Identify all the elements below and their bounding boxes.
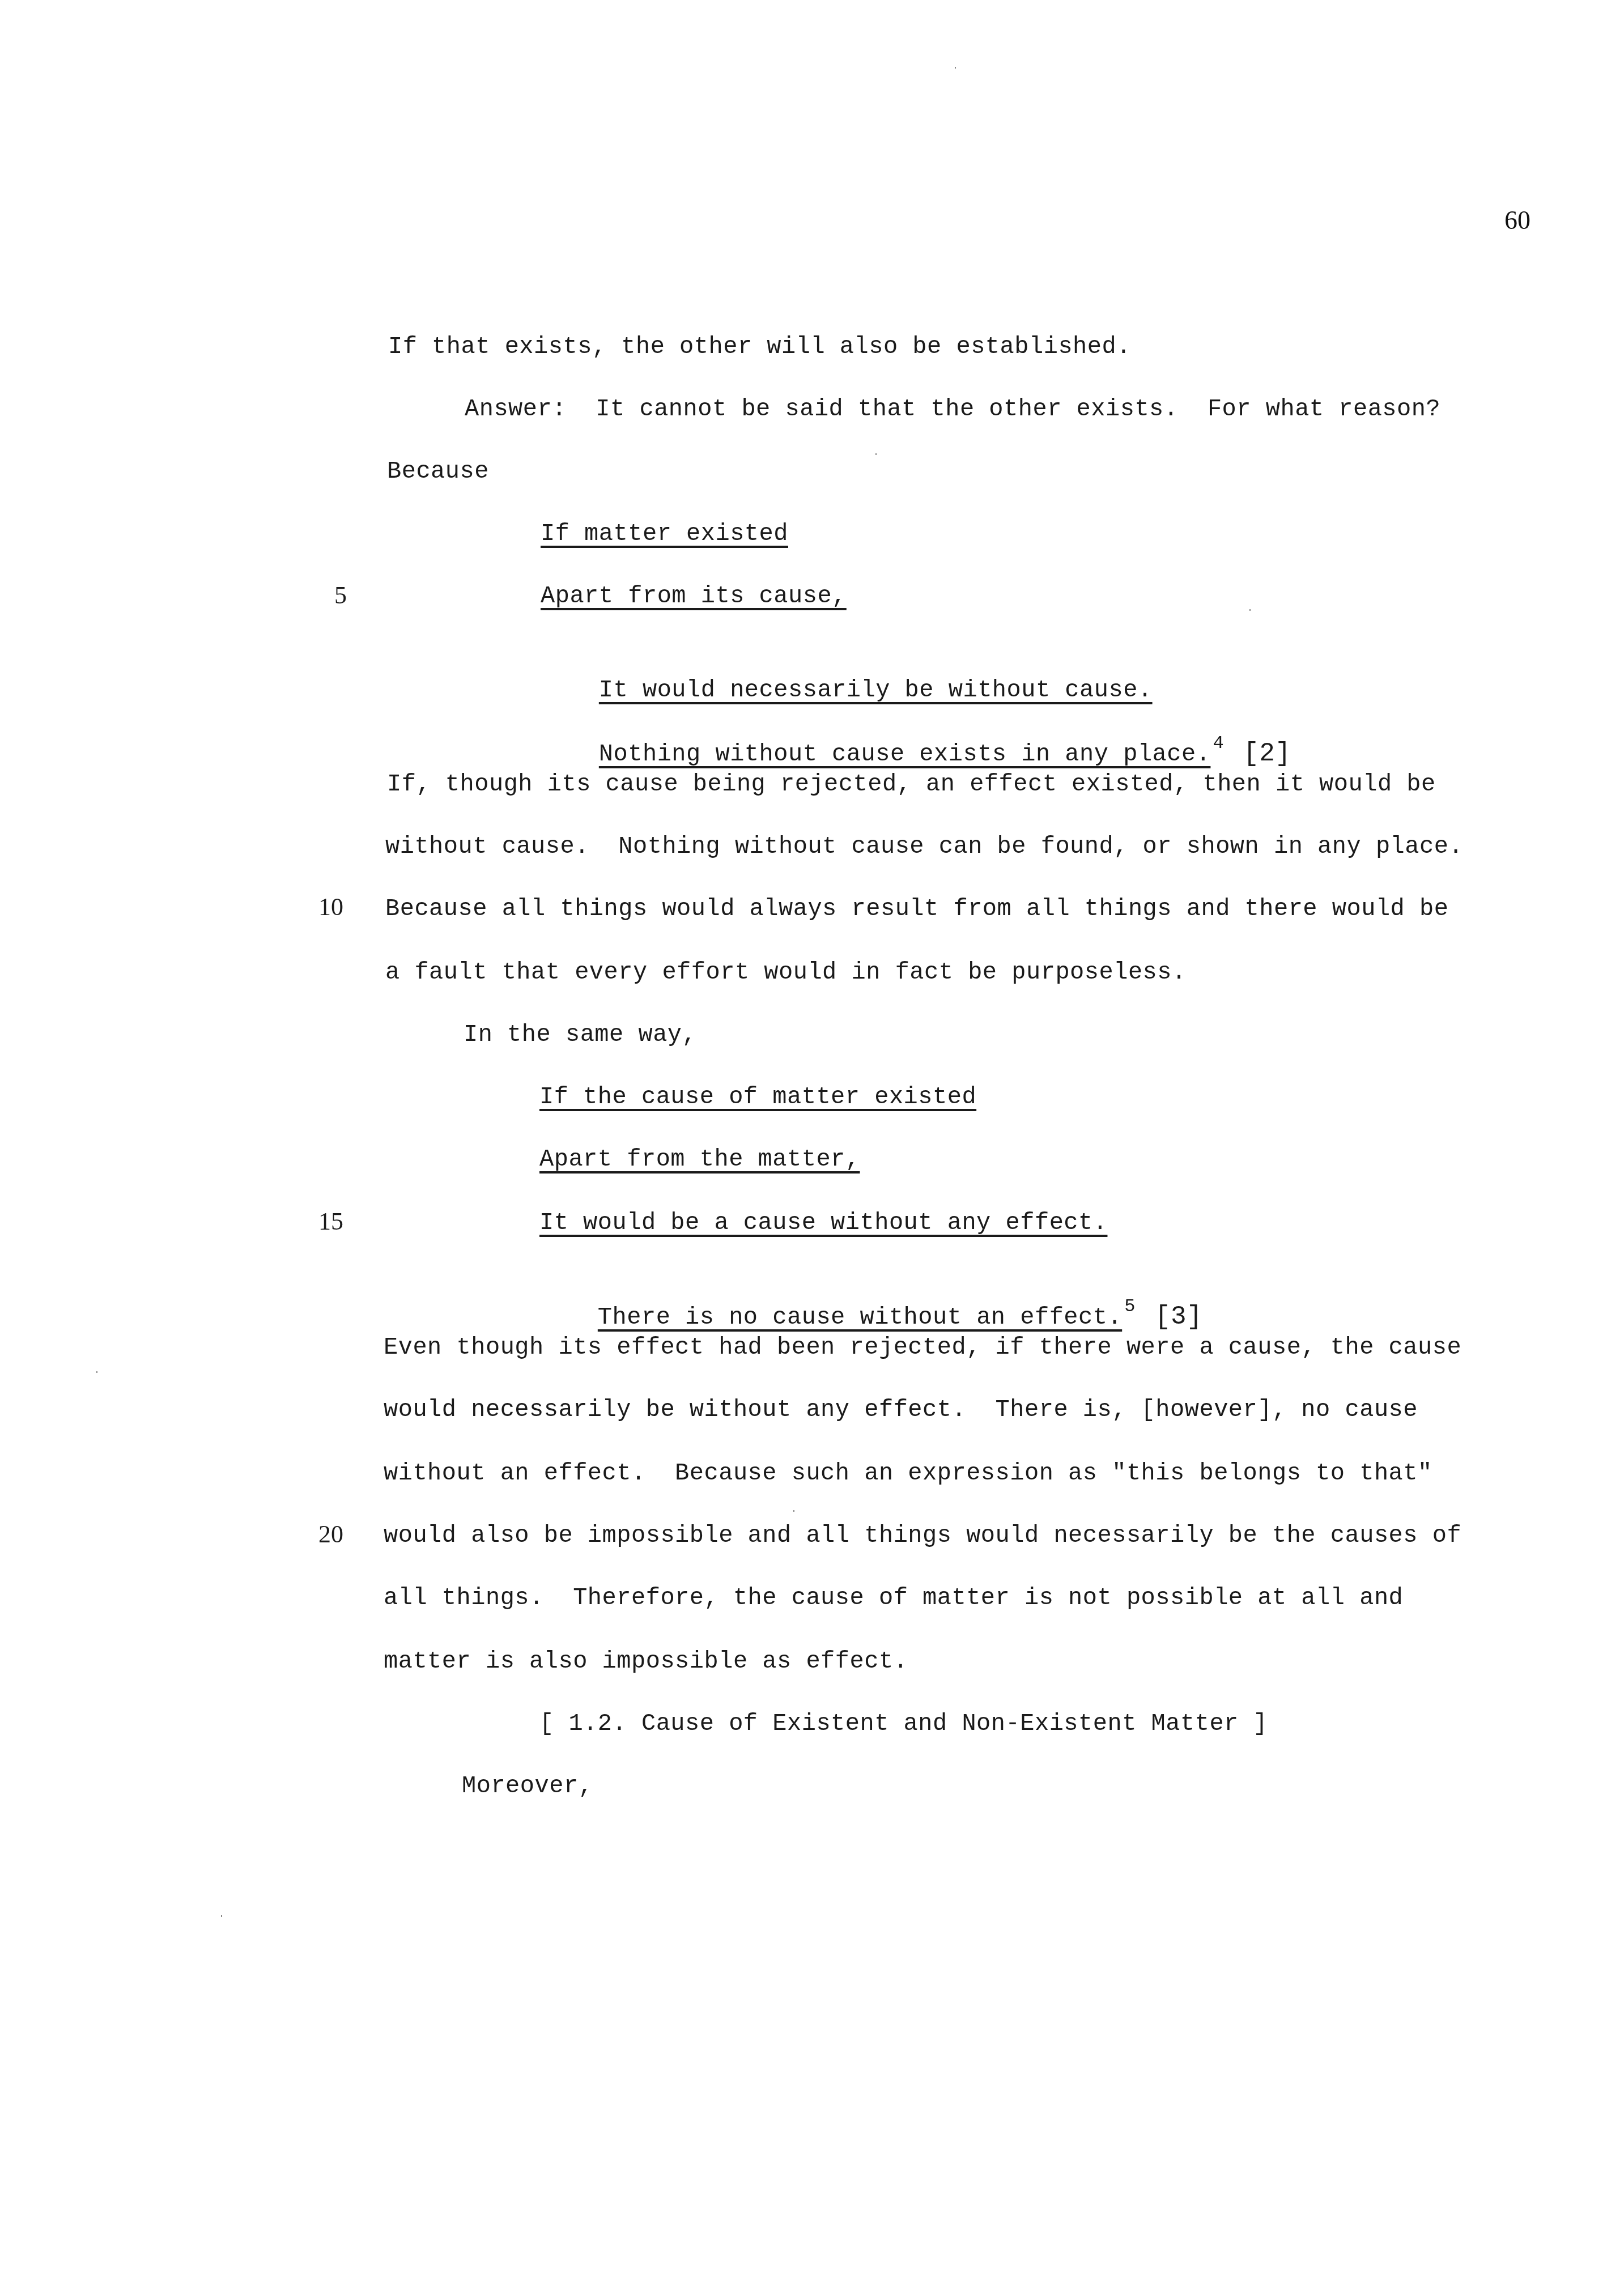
line-number-15: 15 — [318, 1207, 343, 1236]
text-line: all things. Therefore, the cause of matt… — [384, 1582, 1403, 1614]
line-number-20: 20 — [318, 1520, 343, 1549]
verse-line: There is no cause without an effect. — [598, 1304, 1122, 1331]
text-line: a fault that every effort would in fact … — [385, 956, 1187, 988]
verse-line: Apart from its cause, — [541, 580, 847, 612]
text-line: Even though its effect had been rejected… — [384, 1332, 1461, 1363]
scan-speck — [221, 1915, 222, 1917]
text-line: If that exists, the other will also be e… — [388, 331, 1131, 363]
verse-line: It would necessarily be without cause. — [599, 677, 1153, 704]
text-line: without an effect. Because such an expre… — [384, 1457, 1432, 1489]
text-line: would necessarily be without any effect.… — [384, 1394, 1418, 1426]
verse-line: Nothing without cause exists in any plac… — [599, 741, 1211, 768]
verse-line: If the cause of matter existed — [539, 1081, 976, 1113]
page-number: 60 — [1504, 205, 1531, 235]
scan-speck — [793, 1510, 794, 1512]
footnote-marker: 5 — [1124, 1296, 1136, 1317]
text-line: Because — [387, 456, 489, 487]
text-line: without cause. Nothing without cause can… — [385, 831, 1463, 862]
scan-speck — [1249, 609, 1251, 611]
text-line: In the same way, — [464, 1019, 696, 1051]
text-line: Answer: It cannot be said that the other… — [465, 393, 1440, 425]
text-line: Moreover, — [462, 1770, 593, 1802]
verse-line: It would be a cause without any effect. — [539, 1207, 1107, 1239]
verse-line: Apart from the matter, — [539, 1143, 860, 1175]
scan-speck — [875, 453, 877, 455]
verse-reference: [2] — [1243, 739, 1291, 768]
verse-line: If matter existed — [541, 518, 788, 550]
text-line: Because all things would always result f… — [385, 893, 1448, 925]
scan-speck — [955, 67, 956, 69]
scan-speck — [96, 1371, 97, 1373]
text-line: matter is also impossible as effect. — [384, 1646, 908, 1677]
line-number-10: 10 — [318, 892, 343, 921]
line-number-5: 5 — [334, 581, 347, 610]
footnote-marker: 4 — [1213, 733, 1224, 754]
verse-reference: [3] — [1155, 1302, 1202, 1332]
document-page: 60 5 10 15 20 If that exists, the other … — [0, 0, 1624, 2296]
text-line: If, though its cause being rejected, an … — [387, 768, 1436, 800]
section-heading: [ 1.2. Cause of Existent and Non-Existen… — [539, 1708, 1268, 1740]
text-line: would also be impossible and all things … — [384, 1520, 1461, 1551]
